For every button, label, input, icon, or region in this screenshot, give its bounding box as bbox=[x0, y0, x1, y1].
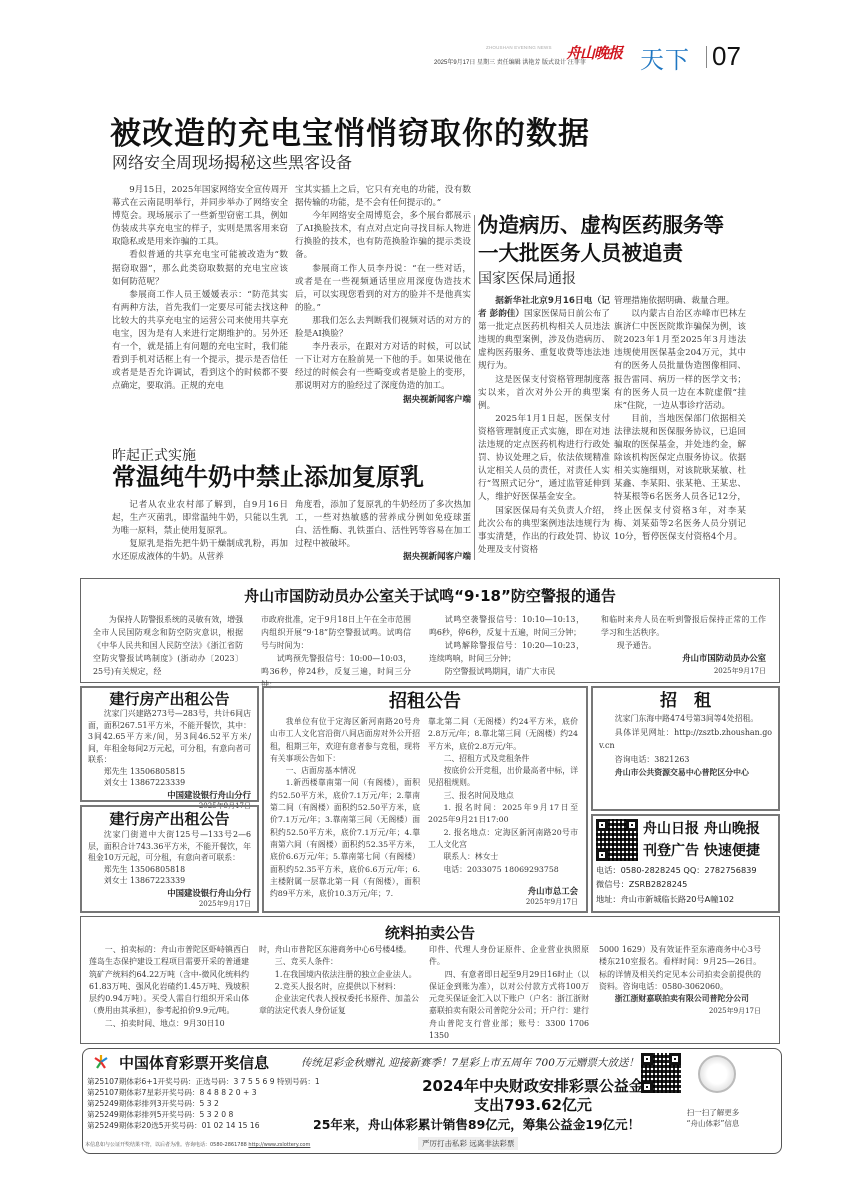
auction-date: 2025年9月17日 bbox=[599, 1005, 761, 1017]
auction-column-1: 一、拍卖标的：舟山市普陀区虾峙镇西白莲岛生态保护建设工程项目需要开采的普通建筑矿… bbox=[89, 944, 249, 1030]
lottery-results: 第25107期体彩6+1开奖号码：正选号码：3 7 5 5 6 9 特别号码：1… bbox=[87, 1076, 320, 1131]
article1-source: 据央视新闻客户端 bbox=[295, 394, 471, 407]
scan-text-2: “舟山体彩”信息 bbox=[663, 1118, 763, 1129]
paragraph: 宝其实插上之后，它只有充电的功能，没有数据传输的功能，是不会有任何提示的。” bbox=[295, 184, 471, 210]
auction-column-3: 印件、代理人身份证原件、企业营业执照原件。 四、有意者即日起至9月29日16时止… bbox=[429, 944, 589, 1042]
ad-signature: 舟山市公共资源交易中心普陀区分中心 bbox=[599, 766, 772, 780]
article2-column-2: 角度看，添加了复原乳的牛奶经历了多次热加工，一些对热敏感的营养成分例如免疫球蛋白… bbox=[295, 499, 471, 564]
auction-column-4: 5000 1629）及有效证件至东港商务中心3号楼东210室报名。看样时间：9月… bbox=[599, 944, 761, 1018]
paragraph: 以内蒙古自治区赤峰市巴林左旗济仁中医医院欺诈骗保为例，该院2023年1月至202… bbox=[614, 308, 746, 413]
lottery-logo-icon bbox=[93, 1054, 109, 1070]
section-name: 天下 bbox=[640, 40, 690, 75]
ccb-rental-ad-2: 建行房产出租公告 沈家门街道中大街125号—133号2—6层，面积合计743.3… bbox=[80, 805, 259, 913]
issue-meta: 2025年9月17日 星期三 责任编辑 洪艳芳 版式设计 汪菲菲 bbox=[434, 57, 586, 66]
lottery-banner: 中国体育彩票开奖信息 传统足彩金秋赠礼 迎接新赛季！7星彩上市五周年 700万元… bbox=[82, 1048, 782, 1154]
paragraph: 今年网络安全周博览会，多个展台都展示了AI换脸技术，有点对点定向寻找目标人物进行… bbox=[295, 210, 471, 262]
ad-title: 建行房产出租公告 bbox=[88, 809, 251, 829]
paragraph: 那我们怎么去判断我们视频对话的对方的脸是AI换脸？ bbox=[295, 315, 471, 341]
article3-subheadline: 国家医保局通报 bbox=[478, 268, 576, 288]
paragraph: 目前，当地医保部门依据相关法律法规和医保服务协议，已追回骗取的医保基金，并处违约… bbox=[614, 413, 746, 544]
auction-column-2: 时，舟山市普陀区东港商务中心6号楼4楼。 三、竞买人条件： 1.在我国境内依法注… bbox=[259, 944, 419, 1018]
paragraph: 这是医保支付资格管理制度落实以来，首次对外公开的典型案例。 bbox=[478, 374, 610, 413]
lottery-result: 第25107期体彩7星彩开奖号码：8 4 8 8 2 0 + 3 bbox=[87, 1087, 320, 1098]
paragraph: 9月15日，2025年国家网络安全宣传周开幕式在云南昆明举行，并同步举办了网络安… bbox=[112, 184, 288, 249]
ad-title: 建行房产出租公告 bbox=[88, 690, 251, 708]
ad-signature: 中国建设银行舟山分行 bbox=[88, 789, 251, 801]
ad-headline-1: 舟山日报 舟山晚报 bbox=[643, 818, 760, 838]
article2-column-1: 记者从农业农村部了解到，自9月16日起，生产灭菌乳，即常温纯牛奶，只能以生乳为唯… bbox=[112, 499, 288, 564]
article3-headline-line2: 一大批医务人员被追责 bbox=[478, 238, 683, 268]
paragraph: 据新华社北京9月16日电（记者 彭韵佳）国家医保局日前公布了第一批定点医药机构相… bbox=[478, 295, 610, 374]
ad-wechat: 微信号：ZSRB2828245 bbox=[596, 879, 687, 890]
article1-headline: 被改造的充电宝悄悄窃取你的数据 bbox=[110, 108, 590, 153]
union-rental-ad: 招租公告 我单位有位于定海区新河南路20号舟山市工人文化宫沿街八间店面房对外公开… bbox=[262, 686, 588, 913]
lottery-result: 第25249期体彩20选5开奖号码：01 02 14 15 16 bbox=[87, 1120, 320, 1131]
paragraph: 管理措施依据明确、裁量合理。 bbox=[614, 295, 746, 308]
article3-headline-line1: 伪造病历、虚构医药服务等 bbox=[478, 210, 724, 240]
contact: 刘女士 13867223339 bbox=[88, 875, 251, 887]
lottery-headline-1: 2024年中央财政安排彩票公益金 bbox=[383, 1075, 683, 1096]
masthead: ZHOUSHAN EVENING NEWS 舟山晚报 2025年9月17日 星期… bbox=[420, 42, 780, 82]
dateline: 据新华社北京9月16日电 bbox=[495, 296, 592, 306]
paragraph: 国家医保局有关负责人介绍，此次公布的典型案例违法违规行为事实清楚，作出的行政处罚… bbox=[478, 505, 610, 557]
ad-title: 招 租 bbox=[599, 690, 772, 712]
lottery-warning: 严厉打击私彩 远离非法彩票 bbox=[418, 1137, 518, 1150]
lottery-title: 中国体育彩票开奖信息 bbox=[119, 1052, 269, 1073]
zhoushan-lottery-wechat-icon bbox=[698, 1055, 736, 1093]
paragraph: 李丹表示，在跟对方对话的时候，可以试一下让对方在脸前晃一下他的手。如果说他在经过… bbox=[295, 341, 471, 393]
ad-signature: 舟山市总工会 bbox=[458, 885, 578, 897]
lottery-result: 第25107期体彩6+1开奖号码：正选号码：3 7 5 5 6 9 特别号码：1 bbox=[87, 1076, 320, 1087]
ad-phone: 电话：0580-2828245 QQ：2782756839 bbox=[596, 865, 757, 876]
contact: 刘女士 13867223339 bbox=[88, 777, 251, 789]
ccb-rental-ad-1: 建行房产出租公告 沈家门兴建路273号—283号，共计6间店面，面积267.51… bbox=[80, 686, 259, 802]
contact: 郑先生 13506805818 bbox=[88, 864, 251, 876]
ad-date: 2025年9月17日 bbox=[88, 899, 251, 909]
auction-title: 统料拍卖公告 bbox=[81, 922, 779, 943]
paragraph: 参展商工作人员王媛媛表示：“防范其实有两种方法，首先我们一定要尽可能去找这种比较… bbox=[112, 289, 288, 394]
lottery-headline-2: 支出793.62亿元 bbox=[383, 1094, 683, 1115]
ad-signature: 中国建设银行舟山分行 bbox=[88, 887, 251, 899]
paragraph: 记者从农业农村部了解到，自9月16日起，生产灭菌乳，即常温纯牛奶，只能以生乳为唯… bbox=[112, 499, 288, 538]
paragraph: 看似普通的共享充电宝可能被改造为“数据窃取器”，那么此类窃取数据的充电宝应该如何… bbox=[112, 249, 288, 288]
masthead-divider bbox=[706, 46, 707, 68]
notice-column-1: 为保持人防警报系统的灵敏有效，增强全市人民国防观念和防空防灾意识，根据《中华人民… bbox=[93, 613, 243, 678]
lottery-result: 第25249期体彩排列3开奖号码：5 3 2 bbox=[87, 1098, 320, 1109]
article1-column-2: 宝其实插上之后，它只有充电的功能，没有数据传输的功能，是不会有任何提示的。” 今… bbox=[295, 184, 471, 407]
lottery-link[interactable]: http://www.zslottery.com bbox=[248, 1142, 310, 1148]
lottery-disclaimer: 本信息如与公证开奖结果不符，以后者为准。咨询电话：0580-2861788 bbox=[85, 1142, 247, 1148]
website-link[interactable]: 具体详见网址：http://zsztb.zhoushan.gov.cn bbox=[599, 726, 772, 753]
article1-column-1: 9月15日，2025年国家网络安全宣传周开幕式在云南昆明举行，并同步举办了网络安… bbox=[112, 184, 288, 394]
ad-column-2: 靠北第二间（无阁楼）约24平方米，底价2.8万元/年；8.靠北第三间（无阁楼）约… bbox=[428, 716, 578, 876]
paragraph: 复原乳是指先把牛奶干燥制成乳粉，再加水还原成液体的牛奶。从营养 bbox=[112, 538, 288, 564]
ad-column-1: 我单位有位于定海区新河南路20号舟山市工人文化宫沿街八间店面房对外公开招租，租期… bbox=[270, 716, 420, 900]
paragraph: 2025年1月1日起，医保支付资格管理制度正式实施，即在对违法违规的定点医药机构… bbox=[478, 413, 610, 505]
qr-code-icon bbox=[596, 819, 638, 861]
lottery-slogan: 传统足彩金秋赠礼 迎接新赛季！7星彩上市五周年 700万元赠票大放送！ bbox=[301, 1055, 639, 1070]
notice-column-4: 和临时来舟人员在听到警报后保持正常的工作学习和生活秩序。 现予通告。 舟山市国防… bbox=[601, 613, 766, 678]
lottery-result: 第25249期体彩排列5开奖号码：5 3 2 0 8 bbox=[87, 1109, 320, 1120]
newspaper-ad: 舟山日报 舟山晚报 刊登广告 快速便捷 电话：0580-2828245 QQ：2… bbox=[591, 814, 780, 913]
article2-source: 据央视新闻客户端 bbox=[295, 551, 471, 564]
article2-headline: 常温纯牛奶中禁止添加复原乳 bbox=[112, 462, 424, 492]
auction-signature: 浙江浙财嘉联拍卖有限公司普陀分公司 bbox=[599, 993, 761, 1005]
ad-title: 招租公告 bbox=[270, 690, 580, 714]
paragraph: 角度看，添加了复原乳的牛奶经历了多次热加工，一些对热敏感的营养成分例如免疫球蛋白… bbox=[295, 499, 471, 551]
putuo-rental-ad: 招 租 沈家门东海中路474号第3间等4处招租。 具体详见网址：http://z… bbox=[591, 686, 780, 811]
column-divider bbox=[474, 215, 475, 560]
notice-column-2: 市政府批准，定于9月18日上午在全市范围内组织开展“9·18”防空警报试鸣。试鸣… bbox=[261, 613, 411, 691]
scan-text-1: 扫一扫了解更多 bbox=[663, 1107, 763, 1118]
lottery-footer: 本信息如与公证开奖结果不符，以后者为准。咨询电话：0580-2861788 ht… bbox=[85, 1141, 310, 1148]
notice-column-3: 试鸣空袭警报信号：10:10—10:13，鸣6秒，停6秒，反复十五遍，时间三分钟… bbox=[429, 613, 584, 678]
auction-notice: 统料拍卖公告 一、拍卖标的：舟山市普陀区虾峙镇西白莲岛生态保护建设工程项目需要开… bbox=[80, 916, 780, 1044]
paragraph: 参展商工作人员李丹说：“在一些对话，或者是在一些视频通话里应用深度伪造技术后，可… bbox=[295, 263, 471, 315]
air-raid-notice-title: 舟山市国防动员办公室关于试鸣“9·18”防空警报的通告 bbox=[81, 585, 779, 606]
article1-subheadline: 网络安全周现场揭秘这些黑客设备 bbox=[112, 150, 352, 173]
notice-date: 2025年9月17日 bbox=[601, 665, 766, 678]
paper-english-name: ZHOUSHAN EVENING NEWS bbox=[486, 45, 552, 50]
ad-address: 地址：舟山市新城临长路20号A幢102 bbox=[596, 894, 734, 905]
lottery-qr-code-icon bbox=[641, 1053, 681, 1093]
notice-signature: 舟山市国防动员办公室 bbox=[601, 652, 766, 665]
air-raid-notice: 舟山市国防动员办公室关于试鸣“9·18”防空警报的通告 为保持人防警报系统的灵敏… bbox=[80, 578, 780, 683]
ad-headline-2: 刊登广告 快速便捷 bbox=[643, 840, 760, 860]
lottery-headline-3: 25年来，舟山体彩累计销售89亿元，筹集公益金19亿元！ bbox=[313, 1115, 640, 1133]
article3-column-1: 据新华社北京9月16日电（记者 彭韵佳）国家医保局日前公布了第一批定点医药机构相… bbox=[478, 295, 610, 557]
contact: 郑先生 13506805815 bbox=[88, 766, 251, 778]
page-number: 07 bbox=[712, 41, 741, 72]
article3-column-2: 管理措施依据明确、裁量合理。 以内蒙古自治区赤峰市巴林左旗济仁中医医院欺诈骗保为… bbox=[614, 295, 746, 544]
ad-date: 2025年9月17日 bbox=[458, 897, 578, 907]
